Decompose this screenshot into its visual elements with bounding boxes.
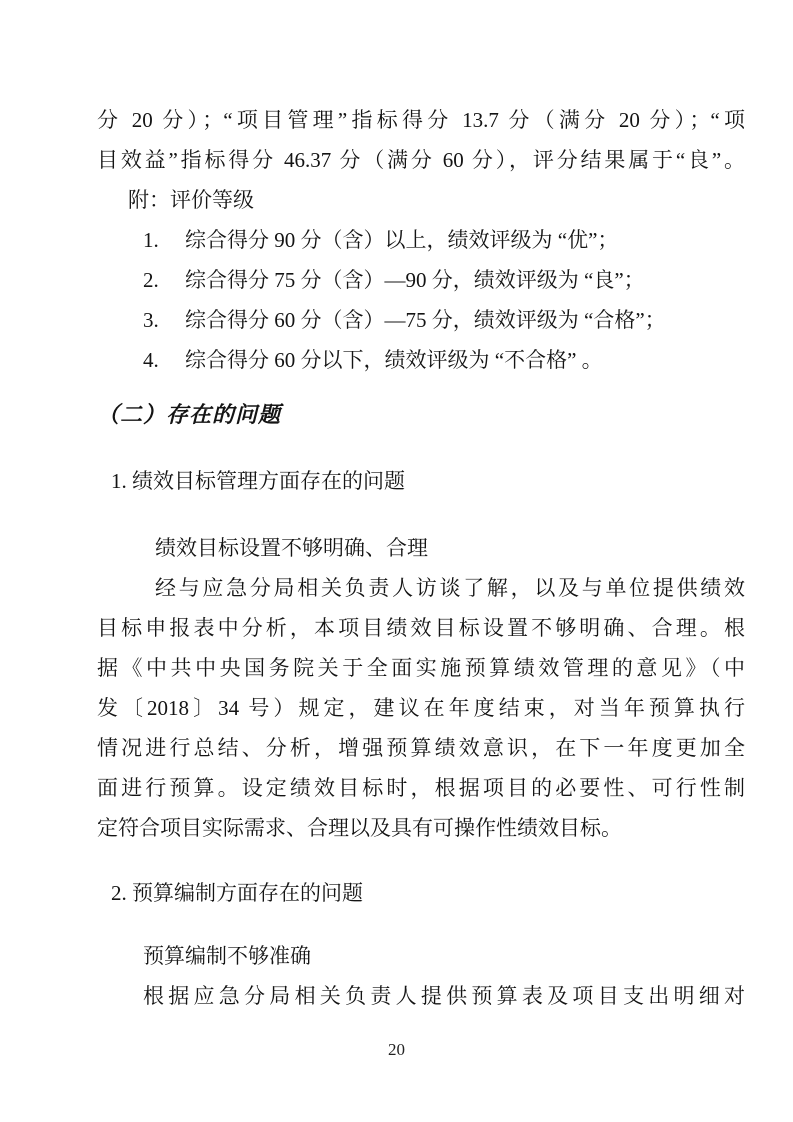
grade-item-4-text: 综合得分 60 分以下，绩效评级为 “不合格” 。	[185, 348, 603, 372]
issue-2-heading: 2. 预算编制方面存在的问题	[97, 873, 745, 913]
issue-1-paragraph-line-2: 目标申报表中分析，本项目绩效目标设置不够明确、合理。根	[97, 608, 745, 648]
issue-2-paragraph-line-1: 根据应急分局相关负责人提供预算表及项目支出明细对	[97, 976, 745, 1016]
document-page: 分 20 分）；“项目管理”指标得分 13.7 分（满分 20 分）；“项 目效…	[0, 0, 793, 1122]
issue-1-paragraph-line-3: 据《中共中央国务院关于全面实施预算绩效管理的意见》（中	[97, 648, 745, 688]
grade-item-4: 4.综合得分 60 分以下，绩效评级为 “不合格” 。	[97, 340, 745, 380]
issue-1-paragraph-line-4: 发〔2018〕34 号）规定，建议在年度结束，对当年预算执行	[97, 688, 745, 728]
section-heading: （二）存在的问题	[97, 395, 745, 435]
grade-item-3: 3.综合得分 60 分（含）—75 分，绩效评级为 “合格”；	[97, 300, 745, 340]
issue-1-paragraph-line-6: 面进行预算。设定绩效目标时，根据项目的必要性、可行性制	[97, 768, 745, 808]
attachment-label: 附：评价等级	[97, 180, 745, 220]
grade-item-2-number: 2.	[143, 260, 185, 300]
issue-1-paragraph-line-5: 情况进行总结、分析，增强预算绩效意识，在下一年度更加全	[97, 728, 745, 768]
continuation-line-1: 分 20 分）；“项目管理”指标得分 13.7 分（满分 20 分）；“项	[97, 100, 745, 140]
issue-1-paragraph-line-1: 经与应急分局相关负责人访谈了解，以及与单位提供绩效	[97, 568, 745, 608]
continuation-line-2: 目效益”指标得分 46.37 分（满分 60 分），评分结果属于“良”。	[97, 140, 745, 180]
grade-item-2: 2.综合得分 75 分（含）—90 分，绩效评级为 “良”；	[97, 260, 745, 300]
page-number: 20	[0, 1040, 793, 1060]
grade-item-1-text: 综合得分 90 分（含）以上，绩效评级为 “优”；	[185, 228, 618, 252]
grade-item-2-text: 综合得分 75 分（含）—90 分，绩效评级为 “良”；	[185, 268, 645, 292]
issue-1-heading: 1. 绩效目标管理方面存在的问题	[97, 461, 745, 501]
issue-2-subtitle: 预算编制不够准确	[97, 936, 745, 976]
grade-item-4-number: 4.	[143, 340, 185, 380]
grade-item-1-number: 1.	[143, 220, 185, 260]
issue-1-paragraph-line-7: 定符合项目实际需求、合理以及具有可操作性绩效目标。	[97, 808, 745, 848]
grade-item-3-text: 综合得分 60 分（含）—75 分，绩效评级为 “合格”；	[185, 308, 666, 332]
issue-1-subtitle: 绩效目标设置不够明确、合理	[97, 528, 745, 568]
grade-item-3-number: 3.	[143, 300, 185, 340]
grade-item-1: 1.综合得分 90 分（含）以上，绩效评级为 “优”；	[97, 220, 745, 260]
page-content: 分 20 分）；“项目管理”指标得分 13.7 分（满分 20 分）；“项 目效…	[0, 0, 793, 1016]
